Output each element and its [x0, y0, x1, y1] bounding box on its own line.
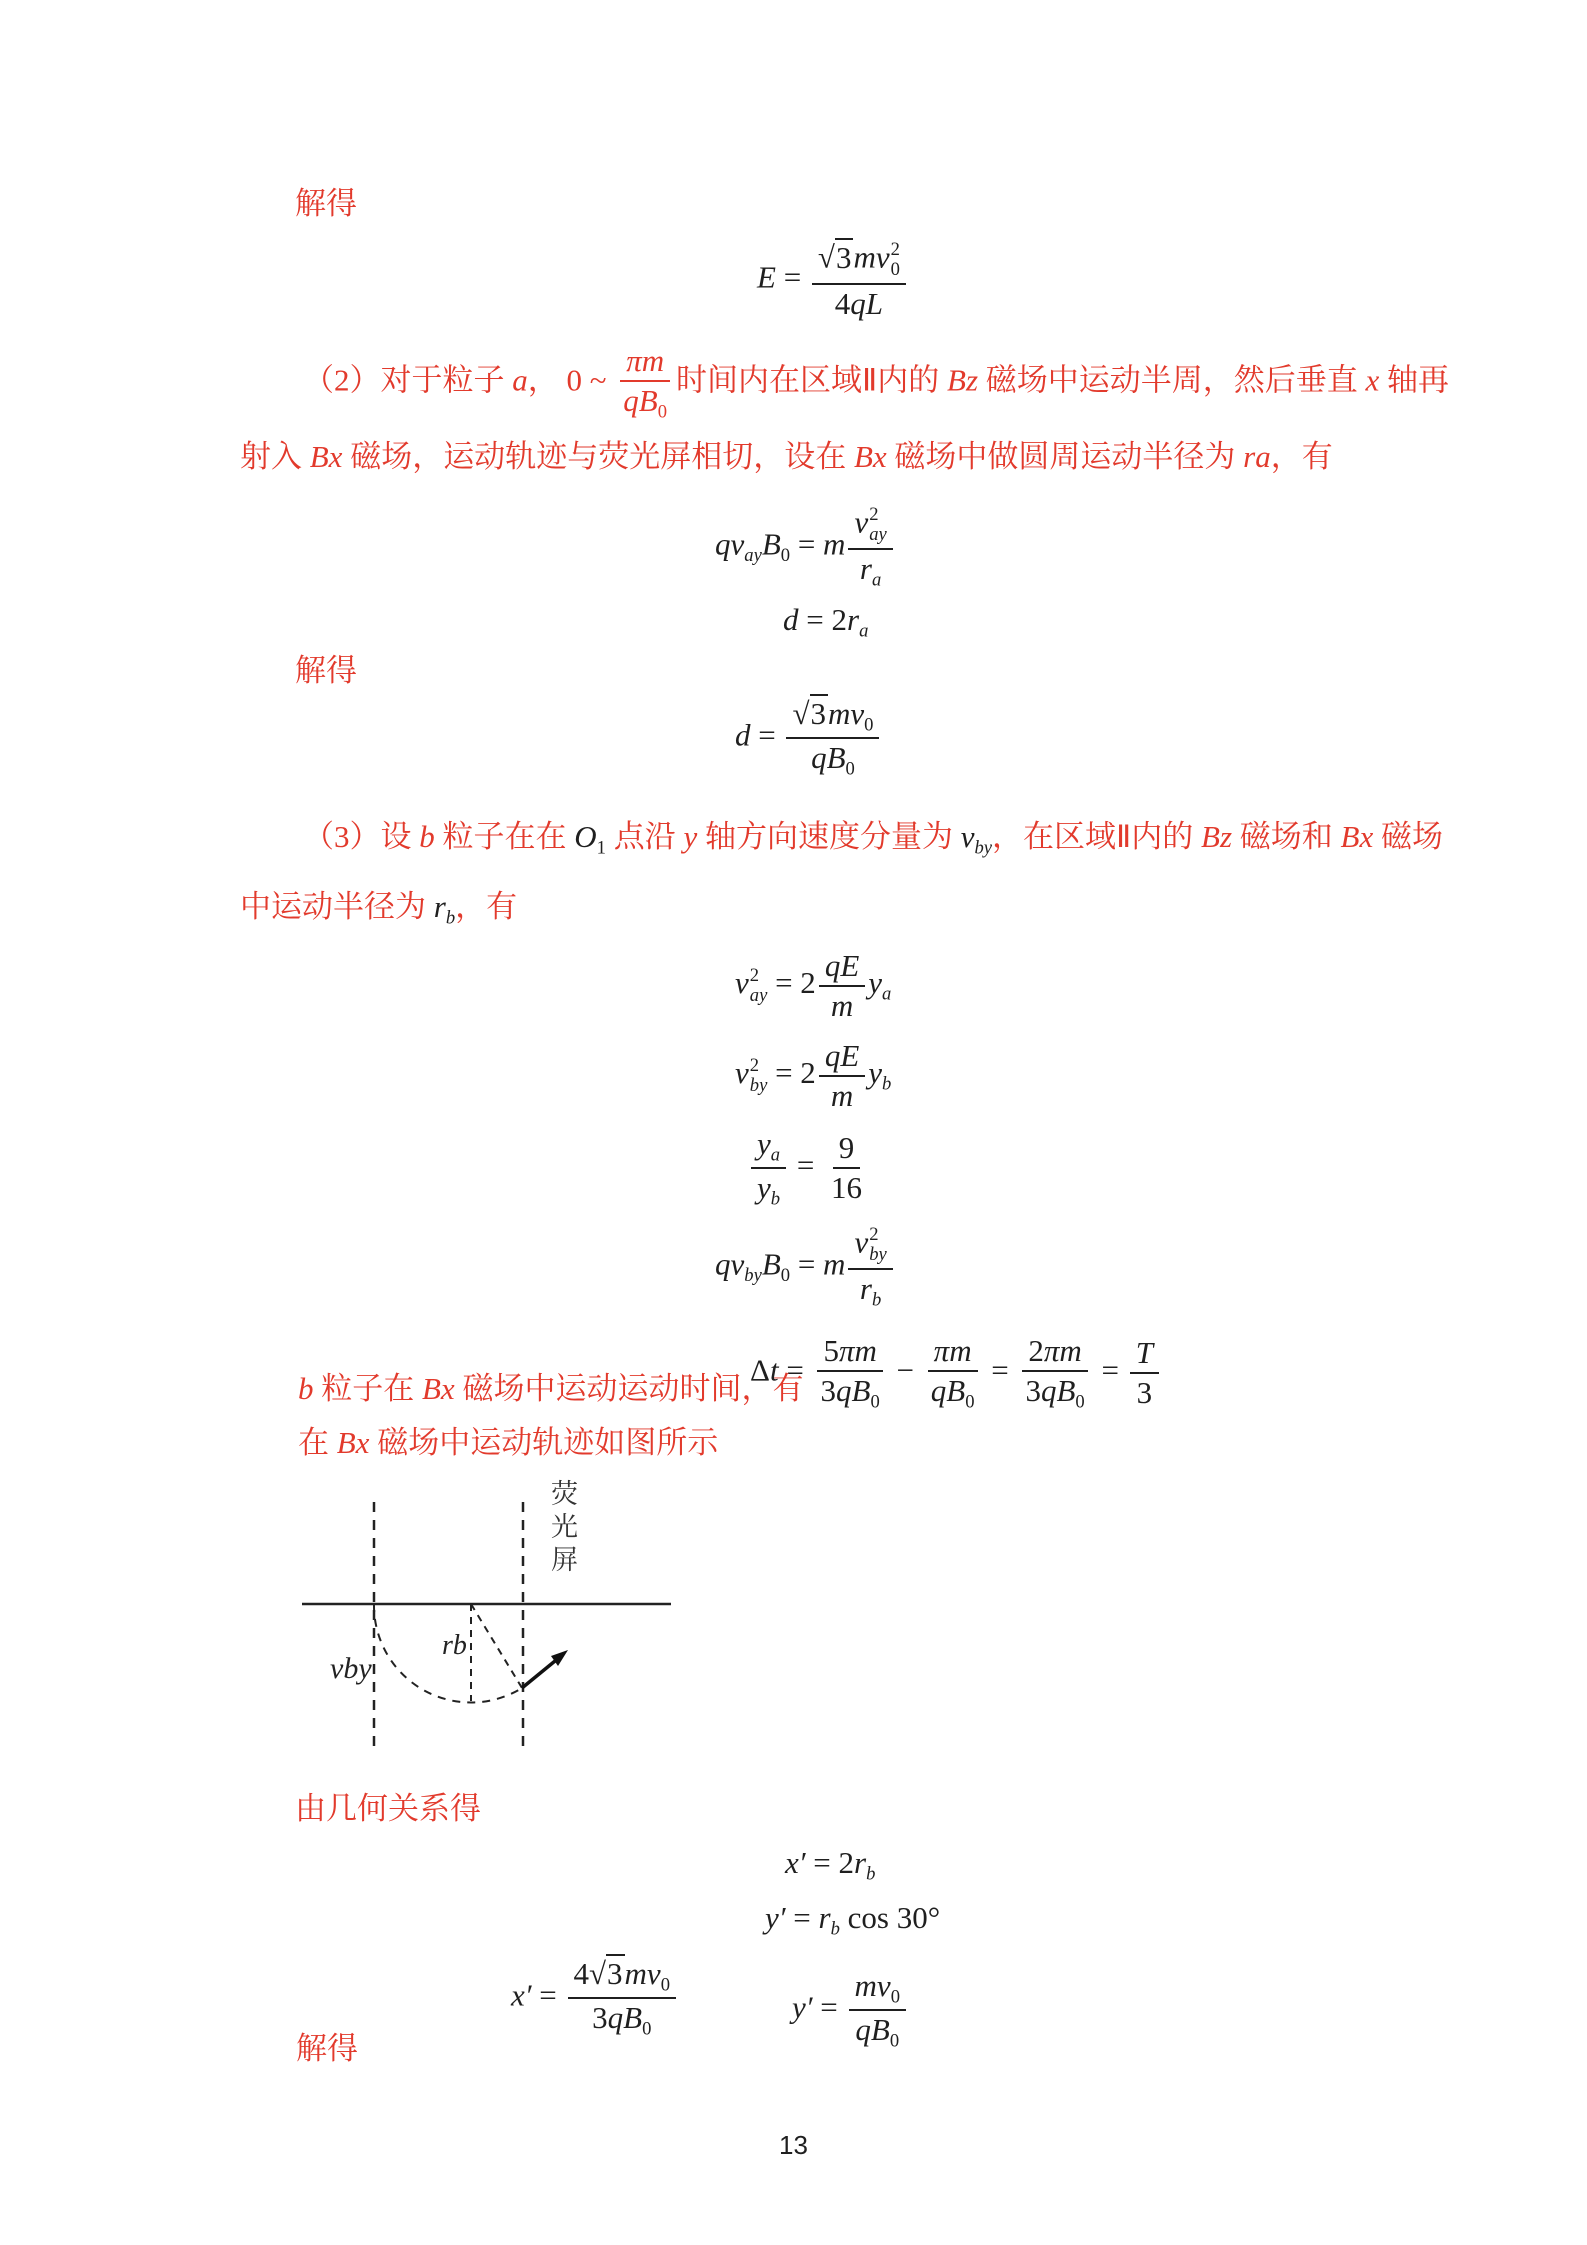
trajectory-diagram: vby rb 荧光屏: [300, 1478, 680, 1778]
rb-label: rb: [442, 1630, 467, 1661]
geometry-relation-label: 由几何关系得: [295, 1790, 481, 1829]
track-in-bx-text: 在 Bx 磁场中运动轨迹如图所示: [298, 1424, 718, 1463]
page-number: 13: [0, 2130, 1587, 2161]
paragraph-3-line-1: （3）设 b 粒子在在 O1 点沿 y 轴方向速度分量为 vby，在区域Ⅱ内的 …: [303, 818, 1443, 860]
formula-y-cos30: y′ = rb cos 30°: [765, 1900, 940, 1941]
formula-x-2rb: x′ = 2rb: [785, 1845, 875, 1886]
solve-label-1: 解得: [295, 185, 357, 224]
formula-d-2ra: d = 2ra: [783, 602, 868, 643]
paragraph-2-line-1: （2）对于粒子 a， 0 ~ πmqB0时间内在区域Ⅱ内的 Bz 磁场中运动半周…: [303, 345, 1449, 422]
formula-qvay: qvayB0 = mv2ayra: [715, 505, 896, 590]
formula-x-prime: x′ = 4√3mv03qB0: [511, 1958, 679, 2039]
formula-ya-yb: yayb = 916: [748, 1128, 871, 1209]
formula-qvby: qvbyB0 = mv2byrb: [715, 1225, 896, 1310]
formula-d-sqrt: d = √3mv0qB0: [735, 698, 882, 779]
formula-y-prime: y′ = mv0qB0: [792, 1970, 909, 2051]
velocity-arrow-shaft: [522, 1661, 555, 1688]
formula-E: E = √3mv204qL: [757, 240, 909, 320]
vby-label: vby: [330, 1652, 372, 1685]
formula-vay2: v2ay = 2qEmya: [735, 950, 891, 1022]
document-page: 解得 E = √3mv204qL （2）对于粒子 a， 0 ~ πmqB0时间内…: [0, 0, 1587, 2245]
paragraph-3-line-2: 中运动半径为 rb，有: [240, 888, 517, 930]
fluorescent-screen-label: 荧光屏: [543, 1479, 582, 1578]
formula-delta-t: Δt = 5πm3qB0 − πmqB0 = 2πm3qB0 = T3: [750, 1335, 1162, 1412]
solve-label-2: 解得: [295, 652, 357, 691]
paragraph-2-line-2: 射入 Bx 磁场，运动轨迹与荧光屏相切，设在 Bx 磁场中做圆周运动半径为 ra…: [240, 438, 1333, 477]
slanted-dashed-radius: [471, 1604, 522, 1688]
formula-vby2: v2by = 2qEmyb: [735, 1040, 891, 1112]
b-particle-time-text: b 粒子在 Bx 磁场中运动运动时间，有: [298, 1370, 803, 1409]
diagram-svg: vby rb: [300, 1478, 680, 1778]
solve-label-3: 解得: [296, 2030, 358, 2069]
